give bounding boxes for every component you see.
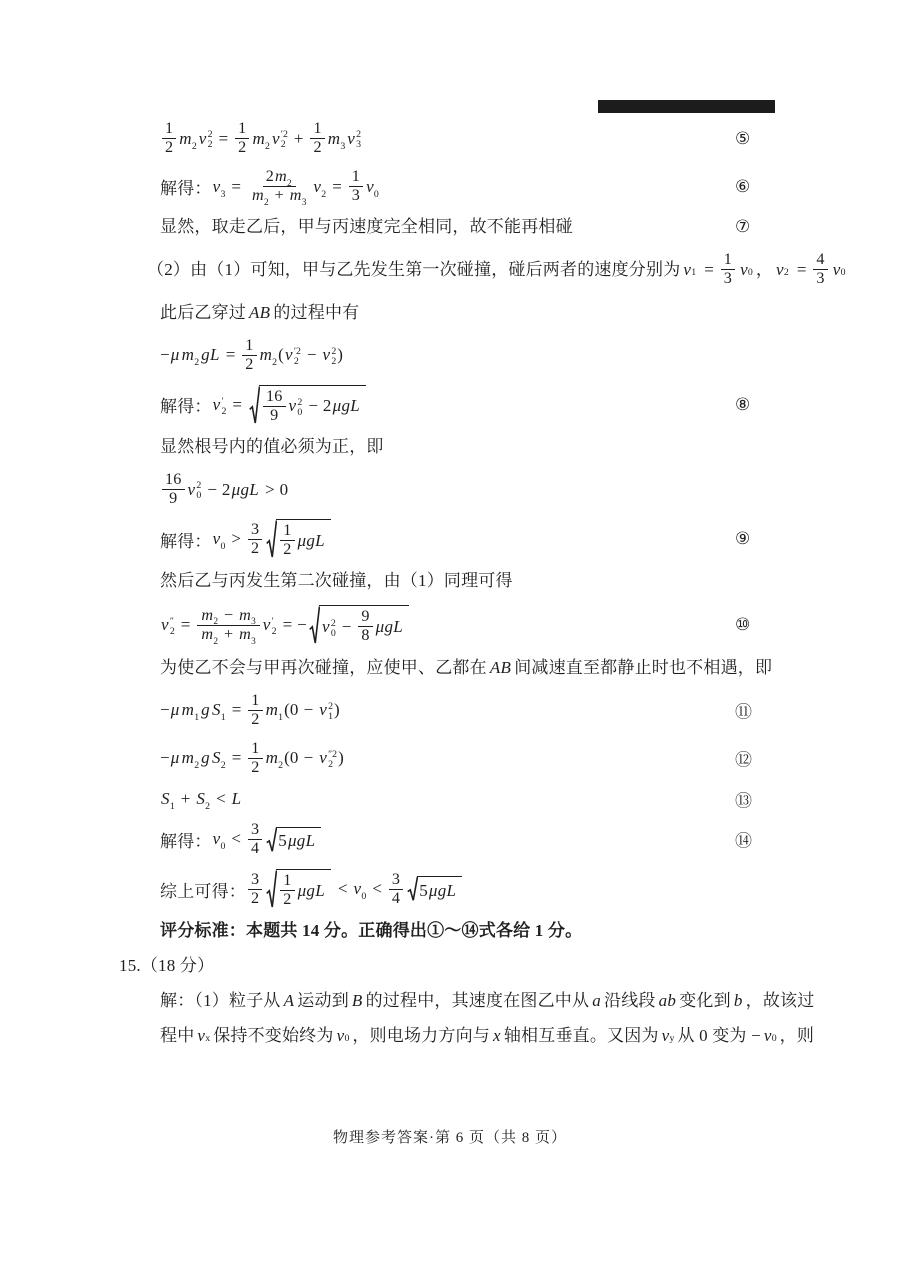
fraction: 43 — [813, 251, 827, 288]
fraction: 169 — [263, 388, 286, 425]
fraction: 12 — [248, 740, 262, 777]
text-ab-process: 此后乙穿过AB的过程中有 — [160, 302, 865, 324]
equation-number: ⑩ — [735, 615, 750, 635]
math-text: 解得： — [160, 174, 212, 199]
math-text: 1 — [313, 120, 321, 138]
math-variable: m2 — [266, 748, 284, 768]
math-text: ( — [278, 345, 284, 365]
fraction: 13 — [349, 168, 363, 205]
math-text: 1 — [251, 740, 259, 758]
line-content: −μm1gS1=12m1(0−v21) — [160, 692, 865, 729]
square-root: 5μgL — [266, 827, 321, 853]
eq-friction: −μm2gL=12m2(v′22−v22) — [160, 337, 865, 374]
math-variable: v22 — [199, 129, 213, 149]
eq-condition: 169v20−2μgL>0 — [160, 471, 865, 508]
math-text: 沿线段 — [604, 990, 656, 1012]
math-text: − — [160, 700, 170, 720]
fraction: 32 — [248, 871, 262, 908]
math-text: 5 — [278, 831, 287, 851]
line-content: 解：（1）粒子从A运动到B的过程中，其速度在图乙中从a沿线段ab变化到b，故该过 — [160, 990, 865, 1012]
math-text: 解得： — [160, 392, 212, 417]
math-text: 3 — [724, 270, 732, 288]
math-text: 2 — [222, 480, 231, 500]
text-part2-intro: （2）由（1）可知，甲与乙先发生第一次碰撞，碰后两者的速度分别为v1=13v0，… — [147, 251, 865, 288]
math-operator: > — [231, 529, 241, 549]
math-text: 16 — [165, 471, 182, 489]
math-text: 5 — [419, 881, 428, 901]
square-root: 169v20−2μgL — [249, 385, 366, 425]
math-text: 1 — [165, 120, 173, 138]
math-operator: = — [232, 395, 242, 415]
math-text: 从 0 变为 − — [677, 1025, 760, 1047]
math-variable: m1 — [266, 700, 284, 720]
math-text: 4 — [392, 890, 400, 908]
math-text: ) — [337, 345, 343, 365]
math-variable: v0 — [740, 259, 753, 281]
math-text: 16 — [266, 388, 283, 406]
math-text: 2 — [313, 139, 321, 157]
math-variable: v20 — [322, 617, 336, 637]
eq-summary: 综上可得：3212μgL<v0<345μgL — [160, 869, 865, 909]
math-operator: + — [224, 626, 233, 644]
math-variable: m2 — [252, 129, 270, 149]
math-variable: m1 — [182, 700, 200, 720]
math-variable: μgL — [429, 881, 456, 901]
math-text: 2 — [283, 541, 291, 559]
math-variable: v′2 — [263, 615, 277, 635]
math-variable: μ — [171, 700, 180, 720]
eq-9: 解得：v0>3212μgL⑨ — [160, 519, 865, 559]
math-text: 1 — [724, 251, 732, 269]
math-operator: − — [307, 345, 317, 365]
math-text: (0 — [284, 700, 299, 720]
math-text: 程中 — [160, 1025, 194, 1047]
math-variable: v′2 — [213, 395, 227, 415]
eq-6: 解得：v3=2m2m2+m3v2=13v0⑥ — [160, 168, 865, 205]
math-variable: m2 — [252, 187, 269, 205]
math-variable: v22 — [322, 345, 336, 365]
math-text: 2 — [251, 711, 259, 729]
math-text: 4 — [251, 840, 259, 858]
math-text: 2 — [266, 168, 274, 186]
answer-sheet-page: 12m2v22=12m2v′22+12m3v23⑤解得：v3=2m2m2+m3v… — [0, 0, 900, 1273]
math-text: 2 — [283, 891, 291, 909]
math-variable: x — [493, 1025, 501, 1047]
math-variable: S2 — [212, 748, 226, 768]
math-text: − — [160, 748, 170, 768]
math-text: 1 — [251, 692, 259, 710]
line-content: 解得：v′2=169v20−2μgL — [160, 385, 865, 425]
math-text: 2 — [165, 139, 173, 157]
math-text: ) — [338, 748, 344, 768]
math-variable: g — [201, 748, 210, 768]
line-content: 169v20−2μgL>0 — [160, 471, 865, 508]
fraction: 12 — [280, 522, 294, 559]
fraction: 12 — [162, 120, 176, 157]
math-variable: g — [201, 700, 210, 720]
eq-10: v″2=m2−m3m2+m3v′2=−v20−98μgL⑩ — [160, 605, 865, 645]
math-text: ， — [756, 259, 773, 281]
math-operator: = — [232, 700, 242, 720]
equation-number: ⑫ — [735, 746, 752, 771]
math-operator: > — [265, 480, 275, 500]
fraction: 12 — [310, 120, 324, 157]
math-variable: S2 — [196, 789, 210, 809]
math-variable: m2 — [182, 345, 200, 365]
eq-13: S1+S2<L⑬ — [160, 788, 865, 810]
math-variable: v2 — [776, 259, 789, 281]
math-variable: S1 — [212, 700, 226, 720]
math-text: 综上可得： — [160, 877, 246, 902]
equation-number: ⑥ — [735, 177, 750, 197]
math-text: 2 — [245, 356, 253, 374]
math-variable: v2 — [313, 177, 326, 197]
math-variable: v20 — [289, 396, 303, 416]
fraction: 12 — [248, 692, 262, 729]
line-content: 评分标准：本题共 14 分。正确得出①～⑭式各给 1 分。 — [160, 920, 865, 942]
math-operator: = — [332, 177, 342, 197]
math-operator: = — [283, 615, 293, 635]
line-content: 显然，取走乙后，甲与丙速度完全相同，故不能再相碰 — [160, 216, 865, 238]
fraction: 98 — [358, 608, 372, 645]
square-root: 12μgL — [266, 869, 331, 909]
math-variable: v0 — [833, 259, 846, 281]
math-variable: μgL — [298, 531, 325, 551]
math-operator: < — [372, 879, 382, 899]
math-text: ，故该过 — [746, 990, 815, 1012]
math-variable: m3 — [290, 187, 307, 205]
math-text: − — [160, 345, 170, 365]
math-variable: v″2 — [161, 615, 175, 635]
math-variable: v′22 — [272, 129, 288, 149]
math-text: 显然根号内的值必须为正，即 — [160, 436, 384, 458]
line-content: 12m2v22=12m2v′22+12m3v23 — [160, 120, 865, 157]
math-text: 3 — [251, 821, 259, 839]
math-operator: − — [308, 396, 318, 416]
math-operator: + — [181, 789, 191, 809]
equation-number: ⑤ — [735, 129, 750, 149]
text-7: 显然，取走乙后，甲与丙速度完全相同，故不能再相碰⑦ — [160, 216, 865, 238]
math-variable: ab — [659, 990, 677, 1012]
math-operator: + — [275, 187, 284, 205]
eq-14: 解得：v0<345μgL⑭ — [160, 821, 865, 858]
math-variable: A — [284, 990, 295, 1012]
math-variable: S1 — [161, 789, 175, 809]
line-content: 综上可得：3212μgL<v0<345μgL — [160, 869, 865, 909]
math-text: 2 — [251, 890, 259, 908]
text-second-collision: 然后乙与丙发生第二次碰撞，由（1）同理可得 — [160, 570, 865, 592]
eq-11: −μm1gS1=12m1(0−v21)⑪ — [160, 692, 865, 729]
math-text: 3 — [816, 270, 824, 288]
equation-number: ⑧ — [735, 395, 750, 415]
eq-5: 12m2v22=12m2v′22+12m3v23⑤ — [160, 120, 865, 157]
math-text: 8 — [361, 627, 369, 645]
math-operator: = — [232, 748, 242, 768]
square-root: 5μgL — [407, 876, 462, 902]
equation-number: ⑭ — [735, 827, 752, 852]
math-text: 3 — [352, 187, 360, 205]
line-content: 程中vx保持不变始终为v0，则电场力方向与x轴相互垂直。又因为vy从 0 变为 … — [160, 1025, 865, 1047]
equation-number: ⑦ — [735, 217, 750, 237]
math-variable: v′22 — [285, 345, 301, 365]
math-text: 2 — [251, 540, 259, 558]
math-operator: < — [338, 879, 348, 899]
math-text: 3 — [392, 871, 400, 889]
math-variable: m2 — [201, 607, 218, 625]
math-text: 解得： — [160, 527, 212, 552]
math-variable: v3 — [213, 177, 226, 197]
text-q15-header: 15.（18 分） — [119, 955, 865, 977]
math-text: 的过程中，其速度在图乙中从 — [366, 990, 590, 1012]
line-content: S1+S2<L — [160, 788, 865, 810]
square-root: 12μgL — [266, 519, 331, 559]
math-text: 解：（1）粒子从 — [160, 990, 281, 1012]
math-text: 此后乙穿过 — [160, 302, 246, 324]
math-variable: v0 — [213, 829, 226, 849]
line-content: 显然根号内的值必须为正，即 — [160, 436, 865, 458]
math-text: （2）由（1）可知，甲与乙先发生第一次碰撞，碰后两者的速度分别为 — [147, 259, 680, 281]
math-text: 0 — [280, 480, 289, 500]
math-variable: v0 — [213, 529, 226, 549]
math-text: ) — [334, 700, 340, 720]
math-variable: m3 — [328, 129, 346, 149]
math-text: 为使乙不会与甲再次碰撞，应使甲、乙都在 — [160, 657, 487, 679]
math-text: 保持不变始终为 — [213, 1025, 333, 1047]
fraction: m2−m3m2+m3 — [197, 607, 259, 644]
line-content: 15.（18 分） — [119, 955, 865, 977]
fraction: 2m2m2+m3 — [248, 168, 310, 205]
fraction: 32 — [248, 521, 262, 558]
math-variable: μgL — [232, 480, 259, 500]
math-text: 3 — [251, 521, 259, 539]
math-variable: vy — [662, 1025, 675, 1047]
text-scoring: 评分标准：本题共 14 分。正确得出①～⑭式各给 1 分。 — [160, 920, 865, 942]
math-variable: v″22 — [319, 748, 337, 768]
text-q15-line2: 程中vx保持不变始终为v0，则电场力方向与x轴相互垂直。又因为vy从 0 变为 … — [160, 1025, 865, 1047]
math-variable: b — [734, 990, 743, 1012]
math-variable: vx — [197, 1025, 210, 1047]
math-variable: μgL — [376, 617, 403, 637]
math-variable: m3 — [239, 607, 256, 625]
math-text: 1 — [352, 168, 360, 186]
math-operator: − — [224, 607, 233, 625]
math-variable: v20 — [188, 480, 202, 500]
equation-number: ⑪ — [735, 698, 752, 723]
math-text: 运动到 — [297, 990, 349, 1012]
math-variable: μ — [171, 748, 180, 768]
math-operator: = — [231, 177, 241, 197]
math-operator: + — [294, 129, 304, 149]
eq-12: −μm2gS2=12m2(0−v″22)⑫ — [160, 740, 865, 777]
math-text: 轴相互垂直。又因为 — [504, 1025, 659, 1047]
fraction: 12 — [280, 872, 294, 909]
math-text: 9 — [270, 407, 278, 425]
math-variable: v21 — [319, 700, 333, 720]
math-text: 变化到 — [679, 990, 731, 1012]
math-operator: = — [219, 129, 229, 149]
fraction: 12 — [242, 337, 256, 374]
math-text: 2 — [238, 139, 246, 157]
math-text: ，则 — [780, 1025, 814, 1047]
answers-content: 12m2v22=12m2v′22+12m3v23⑤解得：v3=2m2m2+m3v… — [160, 120, 865, 1060]
math-text: ，则电场力方向与 — [352, 1025, 490, 1047]
line-content: 为使乙不会与甲再次碰撞，应使甲、乙都在AB间减速直至都静止时也不相遇，即 — [160, 657, 865, 679]
line-content: v″2=m2−m3m2+m3v′2=−v20−98μgL — [160, 605, 865, 645]
math-operator: = — [226, 345, 236, 365]
page-footer: 物理参考答案·第 6 页（共 8 页） — [0, 1126, 900, 1147]
redaction-bar — [598, 100, 775, 113]
text-q15-line1: 解：（1）粒子从A运动到B的过程中，其速度在图乙中从a沿线段ab变化到b，故该过 — [160, 990, 865, 1012]
line-content: 解得：v0<345μgL — [160, 821, 865, 858]
math-variable: v0 — [337, 1025, 350, 1047]
math-text: 1 — [245, 337, 253, 355]
math-operator: < — [216, 789, 226, 809]
math-variable: m2 — [201, 626, 218, 644]
math-text: 2 — [251, 759, 259, 777]
math-operator: = — [704, 259, 714, 281]
math-operator: − — [304, 748, 314, 768]
math-variable: gL — [201, 345, 220, 365]
math-operator: = — [797, 259, 807, 281]
fraction: 12 — [235, 120, 249, 157]
math-variable: v1 — [683, 259, 696, 281]
math-variable: m2 — [182, 748, 200, 768]
math-variable: m3 — [239, 626, 256, 644]
math-operator: = — [181, 615, 191, 635]
line-content: −μm2gL=12m2(v′22−v22) — [160, 337, 865, 374]
line-content: −μm2gS2=12m2(0−v″22) — [160, 740, 865, 777]
fraction: 169 — [162, 471, 185, 508]
math-operator: − — [207, 480, 217, 500]
math-text: 然后乙与丙发生第二次碰撞，由（1）同理可得 — [160, 570, 513, 592]
eq-8: 解得：v′2=169v20−2μgL⑧ — [160, 385, 865, 425]
line-content: 解得：v0>3212μgL — [160, 519, 865, 559]
line-content: 然后乙与丙发生第二次碰撞，由（1）同理可得 — [160, 570, 865, 592]
math-text: 3 — [251, 871, 259, 889]
fraction: 13 — [721, 251, 735, 288]
line-content: （2）由（1）可知，甲与乙先发生第一次碰撞，碰后两者的速度分别为v1=13v0，… — [147, 251, 865, 288]
text-no-recollision: 为使乙不会与甲再次碰撞，应使甲、乙都在AB间减速直至都静止时也不相遇，即 — [160, 657, 865, 679]
line-content: 此后乙穿过AB的过程中有 — [160, 302, 865, 324]
math-variable: v23 — [347, 129, 361, 149]
math-text: 9 — [169, 490, 177, 508]
math-operator: − — [342, 617, 352, 637]
math-text: 1 — [283, 872, 291, 890]
math-text: 15.（18 分） — [119, 955, 214, 977]
math-variable: μ — [171, 345, 180, 365]
math-text: 2 — [323, 396, 332, 416]
math-variable: L — [232, 789, 242, 809]
math-text: − — [297, 615, 307, 635]
math-text: 评分标准：本题共 14 分。正确得出①～⑭式各给 1 分。 — [160, 920, 582, 942]
math-variable: μgL — [298, 881, 325, 901]
math-variable: μgL — [288, 831, 315, 851]
math-operator: < — [231, 829, 241, 849]
math-variable: B — [352, 990, 363, 1012]
math-variable: m2 — [179, 129, 197, 149]
math-variable: AB — [249, 302, 270, 324]
math-variable: m2 — [260, 345, 278, 365]
math-text: 显然，取走乙后，甲与丙速度完全相同，故不能再相碰 — [160, 216, 573, 238]
fraction: 34 — [389, 871, 403, 908]
text-sqrt-positive: 显然根号内的值必须为正，即 — [160, 436, 865, 458]
equation-number: ⑨ — [735, 529, 750, 549]
fraction: 34 — [248, 821, 262, 858]
math-variable: m2 — [275, 168, 292, 186]
math-variable: a — [592, 990, 601, 1012]
math-variable: v0 — [764, 1025, 777, 1047]
square-root: v20−98μgL — [309, 605, 409, 645]
math-text: 1 — [238, 120, 246, 138]
math-variable: v0 — [354, 879, 367, 899]
math-variable: v0 — [366, 177, 379, 197]
math-variable: AB — [490, 657, 511, 679]
equation-number: ⑬ — [735, 786, 752, 811]
math-text: 的过程中有 — [273, 302, 359, 324]
math-text: 9 — [361, 608, 369, 626]
math-text: (0 — [284, 748, 299, 768]
line-content: 解得：v3=2m2m2+m3v2=13v0 — [160, 168, 865, 205]
math-operator: − — [304, 700, 314, 720]
math-text: 1 — [283, 522, 291, 540]
math-text: 解得： — [160, 827, 212, 852]
math-text: 间减速直至都静止时也不相遇，即 — [514, 657, 772, 679]
math-variable: μgL — [333, 396, 360, 416]
math-text: 4 — [816, 251, 824, 269]
